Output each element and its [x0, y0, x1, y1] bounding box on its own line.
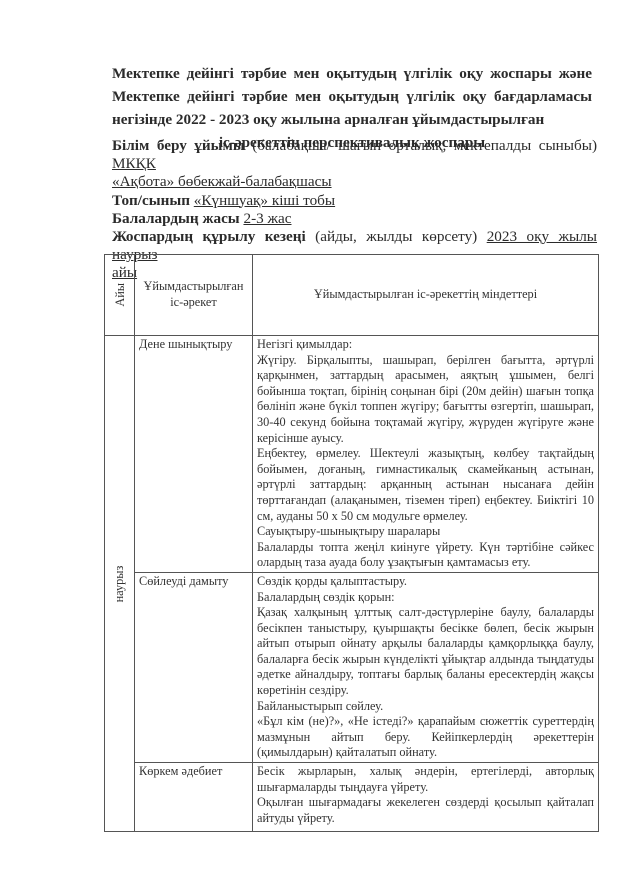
task-text: Балалардың сөздік қорын: [257, 590, 594, 606]
task-text: Сөздік қорды қалыптастыру. [257, 574, 594, 590]
org-value-2: «Ақбота» бөбекжай-балабақшасы [112, 173, 332, 190]
group-line: Топ/сынып «Күншуақ» кіші тобы [112, 192, 597, 210]
task-text: Негізгі қимылдар: [257, 337, 594, 353]
task-text: Оқылған шығармадағы жекелеген сөздерді қ… [257, 795, 594, 826]
activity-cell: Сөйлеуді дамыту [135, 572, 253, 762]
header-month: Айы [105, 255, 135, 336]
activity-cell: Дене шынықтыру [135, 336, 253, 573]
tasks-cell: Негізгі қимылдар: Жүгіру. Бірқалыпты, ша… [253, 336, 599, 573]
activity-cell: Көркем әдебиет [135, 763, 253, 832]
tasks-cell: Сөздік қорды қалыптастыру. Балалардың сө… [253, 572, 599, 762]
period-hint: (айды, жылды көрсету) [315, 228, 477, 245]
task-text: Сауықтыру-шынықтыру шаралары [257, 524, 594, 540]
header-month-label: Айы [113, 283, 129, 307]
header-tasks: Ұйымдастырылған іс-әрекеттің міндеттері [253, 255, 599, 336]
group-label: Топ/сынып [112, 192, 190, 209]
group-value: «Күншуақ» кіші тобы [194, 192, 335, 209]
header-activity: Ұйымдастырылған іс-әрекет [135, 255, 253, 336]
org-label: Білім беру ұйымы [112, 137, 245, 154]
title-line-2: Мектепке дейінгі тәрбие мен оқытудың үлг… [112, 85, 592, 108]
org-line-2: «Ақбота» бөбекжай-балабақшасы [112, 173, 597, 191]
table-header-row: Айы Ұйымдастырылған іс-әрекет Ұйымдастыр… [105, 255, 599, 336]
month-cell: наурыз [105, 336, 135, 832]
task-text: Еңбектеу, өрмелеу. Шектеулі жазықтың, кө… [257, 446, 594, 524]
task-text: Бесік жырларын, халық әндерін, ертегілер… [257, 764, 594, 795]
title-line-1: Мектепке дейінгі тәрбие мен оқытудың үлг… [112, 62, 592, 85]
table-row: Көркем әдебиет Бесік жырларын, халық әнд… [105, 763, 599, 832]
task-text: Жүгіру. Бірқалыпты, шашырап, берілген ба… [257, 353, 594, 447]
period-label: Жоспардың құрылу кезеңі [112, 228, 306, 245]
plan-table: Айы Ұйымдастырылған іс-әрекет Ұйымдастыр… [104, 254, 599, 832]
age-label: Балалардың жасы [112, 210, 240, 227]
month-label: наурыз [112, 565, 128, 602]
table-row: Сөйлеуді дамыту Сөздік қорды қалыптастыр… [105, 572, 599, 762]
age-value: 2-3 жас [243, 210, 291, 227]
task-text: Қазақ халқының ұлттық салт-дәстүрлеріне … [257, 605, 594, 699]
tasks-cell: Бесік жырларын, халық әндерін, ертегілер… [253, 763, 599, 832]
title-line-3: негізінде 2022 - 2023 оқу жылына арналға… [112, 108, 592, 131]
org-line: Білім беру ұйымы (балабақша/ шағын ортал… [112, 137, 597, 173]
task-text: Балаларды топта жеңіл киінуге үйрету. Кү… [257, 540, 594, 571]
org-value-1: МКҚК [112, 155, 156, 172]
task-text: Байланыстырып сөйлеу. [257, 699, 594, 715]
table-row: наурыз Дене шынықтыру Негізгі қимылдар: … [105, 336, 599, 573]
org-hint: (балабақша/ шағын орталық, мектепалды сы… [252, 137, 597, 154]
age-line: Балалардың жасы 2-3 жас [112, 210, 597, 228]
task-text: «Бұл кім (не)?», «Не істеді?» қарапайым … [257, 714, 594, 761]
